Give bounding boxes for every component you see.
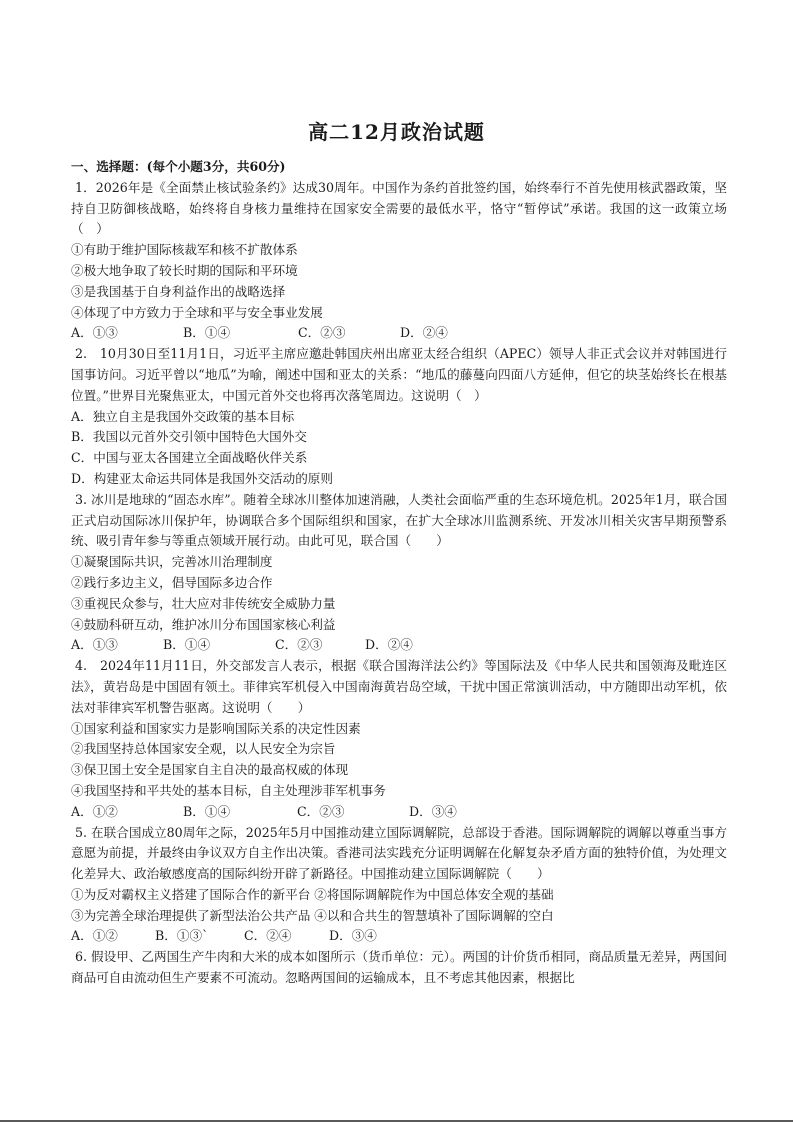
option-b: B．①③` [155,926,244,947]
option-a: A．①② [71,802,183,823]
option-d: D．构建亚太命运共同体是我国外交活动的原则 [71,469,727,490]
question-statement: ②我国坚持总体国家安全观，以人民安全为宗旨 [71,739,727,760]
question-4: 4. 2024年11月11日，外交部发言人表示，根据《联合国海洋法公约》等国际法… [71,656,727,822]
option-d: D．②④ [400,323,448,344]
option-c: C．②④ [244,926,329,947]
question-statement: ③重视民众参与，壮大应对非传统安全威胁力量 [71,594,727,615]
option-a: A．①② [71,926,155,947]
answer-options: A．①③ B．①④ C．②③ D．②④ [71,635,727,656]
option-a: A．独立自主是我国外交政策的基本目标 [71,407,727,428]
question-statement: ④鼓励科研互动，维护冰川分布国国家核心利益 [71,615,727,636]
answer-options: A．①② B．①③` C．②④ D．③④ [71,926,727,947]
option-d: D．③④ [409,802,457,823]
option-b: B．①④ [183,802,297,823]
option-c: C．②③ [275,635,365,656]
option-d: D．②④ [365,635,413,656]
option-c: C．②③ [297,802,409,823]
question-stem: 4. 2024年11月11日，外交部发言人表示，根据《联合国海洋法公约》等国际法… [71,656,727,718]
question-statement: ③为完善全球治理提供了新型法治公共产品 ④以和合共生的智慧填补了国际调解的空白 [71,906,727,927]
option-b: B．①④ [183,323,298,344]
question-1: 1．2026年是《全面禁止核试验条约》达成30周年。中国作为条约首批签约国，始终… [71,178,727,344]
exam-page: 高二12月政治试题 一、选择题：(每个小题3分，共60分) 1．2026年是《全… [0,0,793,1120]
question-stem: 3. 冰川是地球的“固态水库”。随着全球冰川整体加速消融，人类社会面临严重的生态… [71,490,727,552]
answer-options: A．①③ B．①④ C．②③ D．②④ [71,323,727,344]
page-title: 高二12月政治试题 [0,116,793,145]
question-6: 6. 假设甲、乙两国生产牛肉和大米的成本如图所示（货币单位：元）。两国的计价货币… [71,947,727,989]
question-statement: ③是我国基于自身利益作出的战略选择 [71,282,727,303]
option-a: A．①③ [71,323,183,344]
option-d: D．③④ [329,926,377,947]
question-statement: ④体现了中方致力于全球和平与安全事业发展 [71,303,727,324]
question-2: 2. 10月30日至11月1日，习近平主席应邀赴韩国庆州出席亚太经合组织（APE… [71,344,727,490]
question-statement: ①为反对霸权主义搭建了国际合作的新平台 ②将国际调解院作为中国总体安全观的基础 [71,885,727,906]
question-statement: ④我国坚持和平共处的基本目标，自主处理涉菲军机事务 [71,781,727,802]
section-heading: 一、选择题：(每个小题3分，共60分) [71,157,727,178]
question-statement: ①凝聚国际共识，完善冰川治理制度 [71,552,727,573]
question-stem: 5. 在联合国成立80周年之际，2025年5月中国推动建立国际调解院，总部设于香… [71,823,727,885]
question-statement: ③保卫国土安全是国家自主自决的最高权威的体现 [71,760,727,781]
question-3: 3. 冰川是地球的“固态水库”。随着全球冰川整体加速消融，人类社会面临严重的生态… [71,490,727,656]
question-stem: 2. 10月30日至11月1日，习近平主席应邀赴韩国庆州出席亚太经合组织（APE… [71,344,727,406]
question-5: 5. 在联合国成立80周年之际，2025年5月中国推动建立国际调解院，总部设于香… [71,823,727,948]
question-statement: ②践行多边主义，倡导国际多边合作 [71,573,727,594]
exam-content: 一、选择题：(每个小题3分，共60分) 1．2026年是《全面禁止核试验条约》达… [71,157,727,989]
option-a: A．①③ [71,635,163,656]
question-statement: ②极大地争取了较长时期的国际和平环境 [71,261,727,282]
answer-options: A．①② B．①④ C．②③ D．③④ [71,802,727,823]
option-c: C．中国与亚太各国建立全面战略伙伴关系 [71,448,727,469]
option-b: B．①④ [163,635,275,656]
option-c: C．②③ [298,323,400,344]
option-b: B．我国以元首外交引领中国特色大国外交 [71,427,727,448]
question-stem: 6. 假设甲、乙两国生产牛肉和大米的成本如图所示（货币单位：元）。两国的计价货币… [71,947,727,989]
question-statement: ①国家利益和国家实力是影响国际关系的决定性因素 [71,719,727,740]
question-statement: ①有助于维护国际核裁军和核不扩散体系 [71,240,727,261]
question-stem: 1．2026年是《全面禁止核试验条约》达成30周年。中国作为条约首批签约国，始终… [71,178,727,240]
